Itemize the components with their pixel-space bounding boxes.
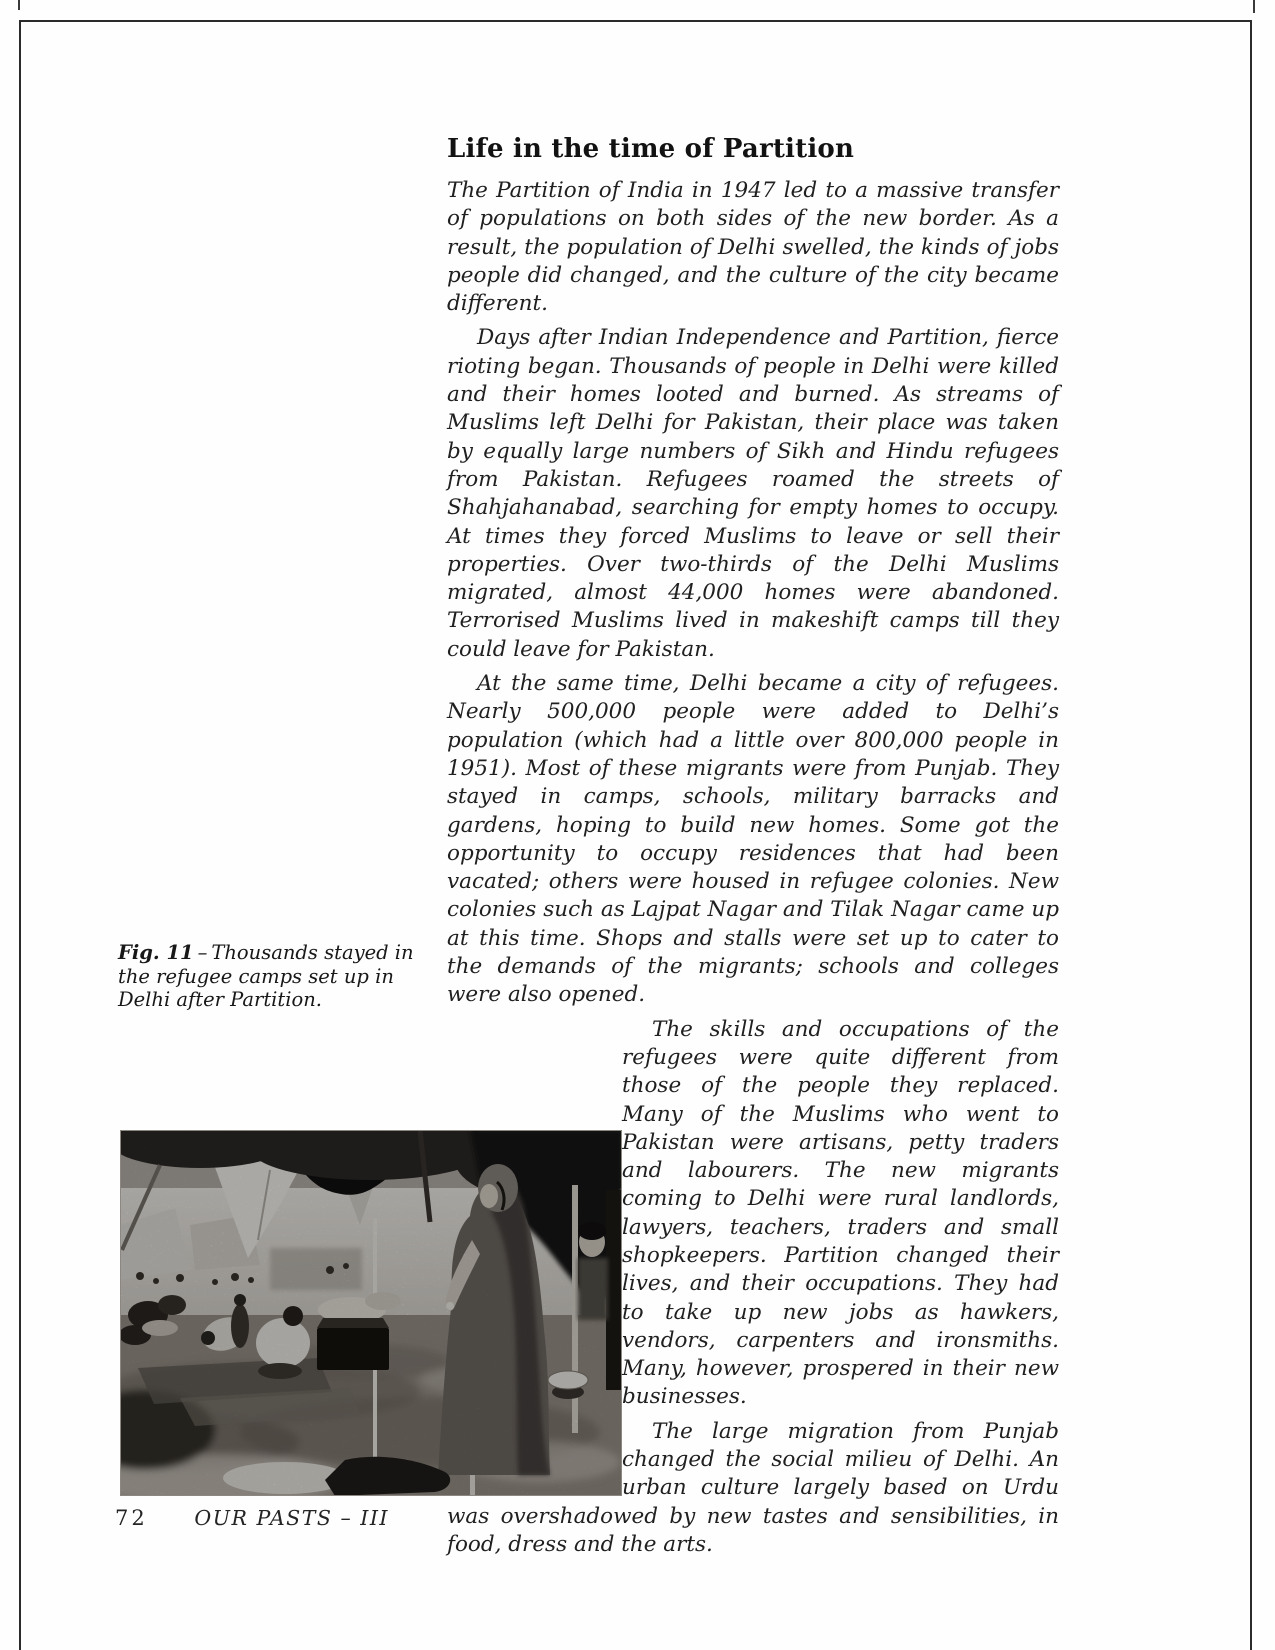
paragraph-1: The Partition of India in 1947 led to a … xyxy=(447,177,1059,318)
paragraph-3: At the same time, Delhi became a city of… xyxy=(447,670,1059,1010)
figure-caption: Fig. 11–Thousands stayed in the refugee … xyxy=(118,941,420,1012)
book-title: OUR PASTS – III xyxy=(194,1506,389,1530)
main-text-column: Life in the time of Partition The Partit… xyxy=(447,134,1059,1559)
page-number: 72 xyxy=(115,1506,148,1530)
figure-label: Fig. 11 xyxy=(118,941,194,964)
photo-frame xyxy=(120,1130,622,1496)
crop-mark-right xyxy=(1253,0,1255,13)
refugee-camp-photo xyxy=(120,1098,622,1496)
section-heading: Life in the time of Partition xyxy=(447,134,1059,165)
page-footer: 72 OUR PASTS – III xyxy=(115,1506,389,1530)
figure-separator: – xyxy=(194,941,212,964)
crop-mark-left xyxy=(18,0,20,10)
paragraph-2: Days after Indian Independence and Parti… xyxy=(447,324,1059,664)
textbook-page: Fig. 11–Thousands stayed in the refugee … xyxy=(0,0,1275,1650)
